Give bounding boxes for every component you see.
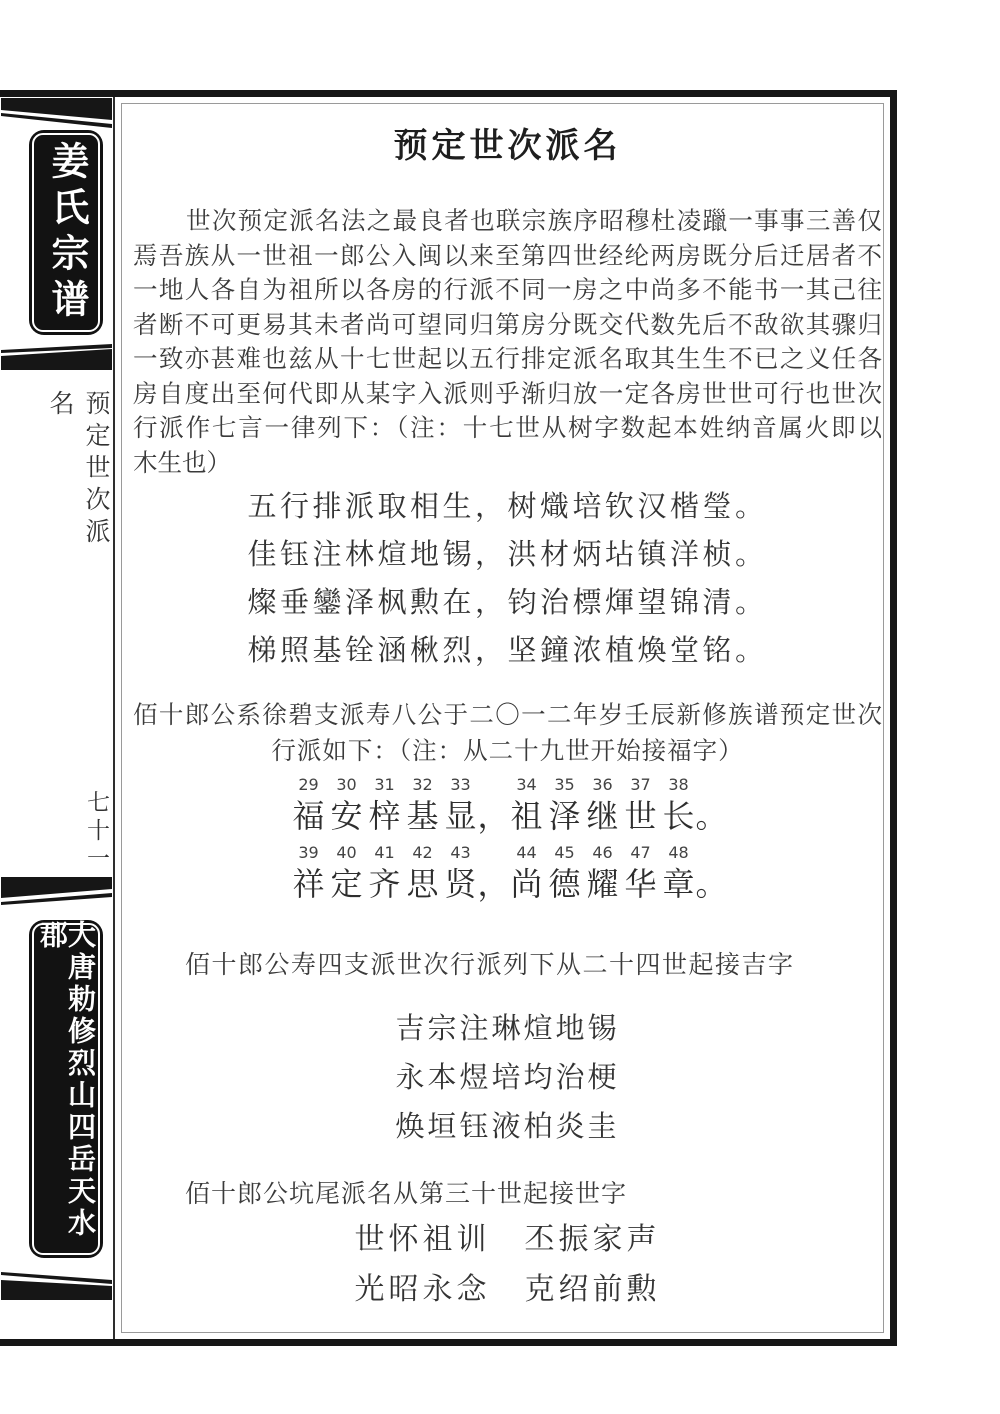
generation-number: 42 [412, 843, 432, 863]
generation-number: 47 [630, 843, 650, 863]
poem-char-column: 40定 [328, 843, 366, 905]
shousi-branch-heading: 佰十郎公寿四支派世次行派列下从二十四世起接吉字 [133, 945, 882, 981]
poem-char-column: 42思 [404, 843, 442, 905]
generation-character: 。 [696, 795, 728, 837]
generation-number: 41 [374, 843, 394, 863]
poem-char-column: 47华 [622, 843, 660, 905]
generation-poem-line-2: 佳钰注林煊地锡，洪材炳坫镇洋桢。 [133, 531, 882, 579]
ribbon-decoration-top [1, 98, 112, 132]
poem-punctuation: 。 [698, 843, 726, 905]
poem-punctuation: ， [480, 775, 508, 837]
generation-poem-line-3: 燦垂鑾泽枫勲在，钧治標煇望锦清。 [133, 579, 882, 627]
ancestral-hall-plate: 大唐勅修烈山四岳天水郡 [29, 920, 103, 1258]
frame-top-rule [0, 90, 897, 97]
poem-char-column: 41齐 [366, 843, 404, 905]
generation-character: 泽 [548, 795, 580, 837]
generation-character: 尚 [510, 863, 542, 905]
page-title: 预定世次派名 [133, 118, 882, 167]
poem-char-column: 45德 [546, 843, 584, 905]
generation-number: 33 [450, 775, 470, 795]
generation-number: 35 [554, 775, 574, 795]
generation-character: 安 [330, 795, 362, 837]
generation-number: 44 [516, 843, 536, 863]
poem-punctuation: ， [480, 843, 508, 905]
xubi-branch-intro-line1: 佰十郎公系徐碧支派寿八公于二〇一二年岁壬辰新修族谱预定世次 [133, 698, 882, 734]
intro-paragraph-line-8: 木生也） [133, 447, 882, 482]
intro-paragraph-line-2: 焉吾族从一世祖一郎公入闽以来至第四世经纶两房既分后迁居者不 [133, 240, 882, 275]
generation-number: 39 [298, 843, 318, 863]
generation-poem-line-1: 五行排派取相生，树熾培钦汉楷瑩。 [133, 483, 882, 531]
kengwei-branch-poem-line-2: 光昭永念 克绍前勲 [133, 1265, 882, 1315]
ribbon-decoration-bottom [1, 1272, 112, 1300]
poem-punctuation: 。 [698, 775, 726, 837]
poem-char-column: 29福 [290, 775, 328, 837]
generation-character: 祥 [292, 863, 324, 905]
generation-character: 祖 [510, 795, 542, 837]
generation-character: 继 [586, 795, 618, 837]
intro-paragraph-line-1: 世次预定派名法之最良者也联宗族序昭穆杜凌躐一事事三善仅 [133, 205, 882, 240]
generation-number: 43 [450, 843, 470, 863]
generation-number: 32 [412, 775, 432, 795]
intro-paragraph-line-4: 者断不可更易其未者尚可望同归第房分既交代数先后不敌欲其骤归 [133, 309, 882, 344]
kengwei-branch-poem-line-1: 世怀祖训 丕振家声 [133, 1215, 882, 1265]
generation-number: 30 [336, 775, 356, 795]
poem-char-column: 30安 [328, 775, 366, 837]
poem-char-column: 32基 [404, 775, 442, 837]
kengwei-branch-heading: 佰十郎公坑尾派名从第三十世起接世字 [133, 1174, 882, 1210]
generation-character: 思 [406, 863, 438, 905]
generation-character: 章 [662, 863, 694, 905]
intro-paragraph-line-5: 一致亦甚难也兹从十七世起以五行排定派名取其生生不已之义任各 [133, 343, 882, 378]
generation-character: 。 [696, 863, 728, 905]
xubi-branch-section: 佰十郎公系徐碧支派寿八公于二〇一二年岁壬辰新修族谱预定世次 行派如下：（注：从二… [133, 698, 882, 770]
intro-paragraph-line-7: 行派作七言一律列下：（注：十七世从树字数起本姓纳音属火即以 [133, 412, 882, 447]
generation-character: 长 [662, 795, 694, 837]
generation-character: 贤 [444, 863, 476, 905]
generation-number: 38 [668, 775, 688, 795]
generation-number: 31 [374, 775, 394, 795]
generation-character: 显 [444, 795, 476, 837]
generation-character: 定 [330, 863, 362, 905]
clan-title-text: 姜氏宗谱 [47, 141, 85, 325]
ribbon-decoration-lower-top [1, 877, 112, 907]
generation-number: 46 [592, 843, 612, 863]
kengwei-branch-poem: 世怀祖训 丕振家声光昭永念 克绍前勲 [133, 1215, 882, 1315]
shousi-branch-poem-line-1: 吉宗注琳煊地锡 [133, 1005, 882, 1054]
generation-number: 36 [592, 775, 612, 795]
generation-character: ， [478, 863, 510, 905]
poem-char-column: 38长 [660, 775, 698, 837]
generation-number: 40 [336, 843, 356, 863]
generation-character: 梓 [368, 795, 400, 837]
poem-char-column: 39祥 [290, 843, 328, 905]
poem-char-column: 35泽 [546, 775, 584, 837]
frame-right-rule [890, 90, 897, 1346]
generation-poem-line-4: 梯照基铨涵楸烈，坚鐘浓植煥堂铭。 [133, 627, 882, 675]
generation-character: 世 [624, 795, 656, 837]
sidebar: 姜氏宗谱 预定世次派名 七十一 大唐勅修烈山四岳天水郡 [0, 0, 113, 1414]
generation-number: 45 [554, 843, 574, 863]
ribbon-decoration-mid [1, 344, 112, 370]
generation-character: ， [478, 795, 510, 837]
intro-paragraph-line-3: 一地人各自为祖所以各房的行派不同一房之中尚多不能书一其己往 [133, 274, 882, 309]
poem-char-column: 44尚 [508, 843, 546, 905]
poem-char-column: 43贤 [442, 843, 480, 905]
shousi-branch-poem-line-3: 焕垣钰液柏炎圭 [133, 1103, 882, 1152]
generation-character: 耀 [586, 863, 618, 905]
page-body: 预定世次派名 世次预定派名法之最良者也联宗族序昭穆杜凌躐一事事三善仅焉吾族从一世… [113, 97, 890, 1339]
generation-character: 华 [624, 863, 656, 905]
genealogy-page: { "sidebar": { "plate_top": "姜氏宗谱", "sec… [0, 0, 1000, 1414]
poem-char-column: 31梓 [366, 775, 404, 837]
numbered-poem-row-1: 29福30安31梓32基33显，34祖35泽36继37世38长。 [133, 775, 882, 837]
generation-character: 德 [548, 863, 580, 905]
generation-number: 29 [298, 775, 318, 795]
intro-paragraph-line-6: 房自度出至何代即从某字入派则乎渐归放一定各房世世可行也世次 [133, 378, 882, 413]
intro-paragraph: 世次预定派名法之最良者也联宗族序昭穆杜凌躐一事事三善仅焉吾族从一世祖一郎公入闽以… [133, 205, 882, 481]
sidebar-page-number: 七十一 [0, 790, 113, 874]
shousi-branch-poem: 吉宗注琳煊地锡永本煜培均治梗焕垣钰液柏炎圭 [133, 1005, 882, 1152]
xubi-branch-intro-line2: 行派如下：（注：从二十九世开始接福字） [133, 734, 882, 770]
generation-number: 37 [630, 775, 650, 795]
frame-bottom-rule [0, 1339, 897, 1346]
ancestral-hall-text: 大唐勅修烈山四岳天水郡 [38, 920, 94, 1258]
numbered-poem-row-2: 39祥40定41齐42思43贤，44尚45德46耀47华48章。 [133, 843, 882, 905]
shousi-branch-poem-line-2: 永本煜培均治梗 [133, 1054, 882, 1103]
poem-char-column: 33显 [442, 775, 480, 837]
poem-char-column: 48章 [660, 843, 698, 905]
poem-char-column: 37世 [622, 775, 660, 837]
generation-character: 福 [292, 795, 324, 837]
generation-character: 齐 [368, 863, 400, 905]
generation-character: 基 [406, 795, 438, 837]
clan-title-plate: 姜氏宗谱 [29, 130, 103, 335]
poem-char-column: 34祖 [508, 775, 546, 837]
generation-number: 48 [668, 843, 688, 863]
sidebar-section-title: 预定世次派名 [0, 390, 113, 580]
poem-char-column: 36继 [584, 775, 622, 837]
numbered-generation-poem: 29福30安31梓32基33显，34祖35泽36继37世38长。39祥40定41… [133, 775, 882, 911]
generation-poem: 五行排派取相生，树熾培钦汉楷瑩。佳钰注林煊地锡，洪材炳坫镇洋桢。燦垂鑾泽枫勲在，… [133, 483, 882, 675]
generation-number: 34 [516, 775, 536, 795]
poem-char-column: 46耀 [584, 843, 622, 905]
